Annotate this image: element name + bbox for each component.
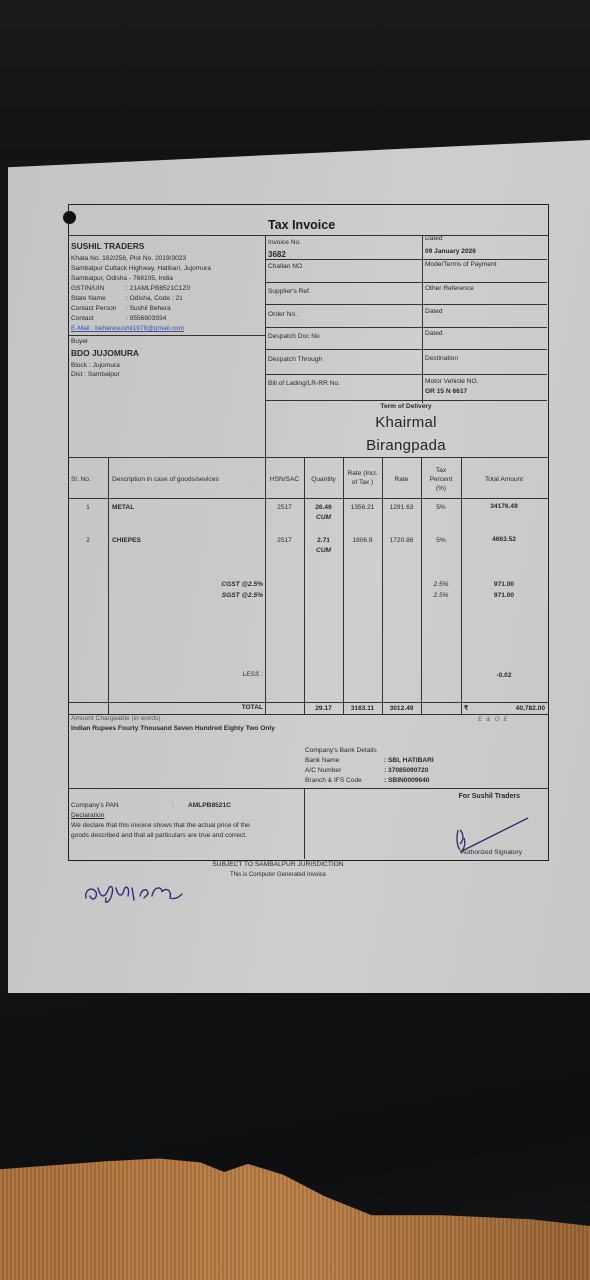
cgst-amount: 971.00 [461,581,547,589]
column-divider [304,457,305,714]
gstin-label: GSTIN/UIN [71,285,104,293]
header-tax-percent: Tax [421,467,461,475]
divider [265,400,547,401]
despatch-doc-label: Despatch Doc No [268,333,320,341]
row-description: METAL [112,504,134,512]
row-rate: 1291.63 [382,504,421,512]
buyer-label: Buyer [71,338,88,346]
contact-value: : 9556803934 [126,315,166,323]
row-hsn: 2517 [265,504,304,512]
seller-address-line: Sambalpur Cuttack Highway, Hatibari, Juj… [71,265,211,273]
column-divider [108,457,109,714]
cgst-percent: 2.5% [421,581,461,589]
order-dated-label: Dated [425,308,443,316]
header-hsn: HSN/SAC [265,476,304,484]
header-sl-no: Sl. No. [71,476,91,484]
amount-words-label: Amount Chargeable (in words) [71,715,160,723]
divider [265,282,547,283]
header-description: Description in case of goods/sevices [112,476,219,484]
row-amount: 34176.49 [461,503,547,511]
sgst-percent: 2.5% [421,592,461,600]
term-of-delivery-label: Term of Delivery [265,403,547,411]
supplier-ref-label: Supplier's Ref. [268,288,311,296]
contact-person-value: : Sushil Behera [126,305,171,313]
bank-name-label: Bank Name [305,757,339,765]
header-rate-incl: of Tax ) [343,479,382,487]
state-label: State Name [71,295,106,303]
row-quantity: 26.46 [304,504,343,512]
less-label: LESS : [188,671,263,679]
jurisdiction-text: SUBJECT TO SAMBALPUR JURISDICTION [128,861,428,869]
row-unit: CUM [304,514,343,522]
despatch-dated-label: Dated [425,330,443,338]
row-rate-incl: 1356.21 [343,504,382,512]
invoice-no-label: Invoice No. [268,239,301,247]
contact-label: Contact [71,315,94,323]
header-quantity: Quantity [304,476,343,484]
total-rate: 3012.49 [382,705,421,713]
term-of-delivery-line: Birangpada [265,437,547,456]
seller-email-link[interactable]: E-Mail : beherasushil1978@gmail.com [71,325,184,333]
row-unit: CUM [304,547,343,555]
for-company-label: For Sushil Traders [304,793,520,802]
row-tax-percent: 5% [421,504,461,512]
seller-address-line: Sambalpur, Odisha - 768105, India [71,275,173,283]
divider [265,327,547,328]
state-value: : Odisha, Code : 21 [126,295,183,303]
row-sl: 1 [68,504,108,512]
buyer-name: BDO JUJOMURA [71,348,139,359]
divider [265,374,547,375]
column-divider [265,457,266,714]
account-number-label: A/C Number [305,767,341,775]
mode-of-payment-label: Mode/Terms of Payment [425,261,496,269]
header-rate-incl: Rate (Incl. [343,470,382,478]
divider [68,235,548,236]
column-divider [343,457,344,714]
dated-label: Dated [425,235,443,243]
total-label: TOTAL [188,704,263,712]
row-hsn: 2517 [265,537,304,545]
vehicle-label: Motor Vehicle NO. [425,378,479,386]
sgst-amount: 971.00 [461,592,547,600]
vehicle-number: OR 15 N 6617 [425,388,467,396]
punch-hole-icon [63,211,76,224]
background-top [0,0,590,160]
row-tax-percent: 5% [421,537,461,545]
divider [265,349,547,350]
account-number-value: : 37085090720 [384,767,428,775]
authorized-signatory-label: Authorized Signatory [304,849,522,857]
header-tax-percent: (%) [421,485,461,493]
bank-name-value: : SBI, HATIBARI [384,757,434,765]
column-divider [382,457,383,714]
divider [265,304,547,305]
bank-details-title: Company's Bank Details [305,747,377,755]
pan-value: AMLPB8521C [188,802,231,810]
challan-label: Challan NO [268,263,302,271]
divider [68,335,265,336]
row-quantity: 2.71 [304,537,343,545]
sgst-label: SGST @2.5% [168,592,263,600]
divider [422,235,423,403]
divider [68,702,548,703]
declaration-line: goods described and that all particulars… [71,832,247,840]
seller-name: SUSHIL TRADERS [71,241,144,252]
term-of-delivery-line: Khairmal [265,414,547,433]
ifsc-value: : SBIN0009640 [384,777,429,785]
destination-label: Destination [425,355,458,363]
e-and-o-e: E & O E [478,716,509,724]
dated-value: 09 January 2026 [425,248,476,256]
bill-of-lading-label: Bill of Lading/LR-RR No. [268,380,340,388]
row-amount: 4663.52 [461,536,547,544]
row-sl: 2 [68,537,108,545]
contact-person-label: Contact Person [71,305,116,313]
document-title: Tax Invoice [268,218,335,234]
pan-label: Company's PAN [71,802,119,810]
amount-in-words: Indian Rupees Fourty Thousand Seven Hund… [71,725,275,733]
grand-total-amount: 40,782.00 [461,705,545,713]
gstin-value: : 21AMLPB8521C1Z0 [126,285,190,293]
divider [68,788,548,789]
divider [265,259,547,260]
header-total-amount: Total Amount [461,476,547,484]
total-quantity: 29.17 [304,705,343,713]
header-rate: Rate [382,476,421,484]
other-reference-label: Other Reference [425,285,474,293]
divider [68,457,548,458]
row-rate: 1720.86 [382,537,421,545]
row-rate-incl: 1806.9 [343,537,382,545]
header-tax-percent: Percent [421,476,461,484]
buyer-line: Block : Jujomura [71,362,120,370]
handwritten-note-icon [82,876,202,910]
row-description: CHIEPES [112,537,141,545]
seller-address-line: Khata No. 162/256, Plot No. 2019/3023 [71,255,186,263]
total-rate-incl: 3163.11 [343,705,382,713]
cgst-label: CGST @2.5% [168,581,263,589]
buyer-line: Dist : Sambalpur [71,371,120,379]
ifsc-label: Branch & IFS Code [305,777,362,785]
despatch-through-label: Despatch Through [268,356,322,364]
declaration-label: Declaration [71,812,104,820]
declaration-line: We declare that this invoice shows that … [71,822,250,830]
less-amount: -0.02 [461,672,547,680]
divider [68,498,548,499]
pan-separator: : [172,802,174,810]
order-no-label: Order No. [268,311,297,319]
